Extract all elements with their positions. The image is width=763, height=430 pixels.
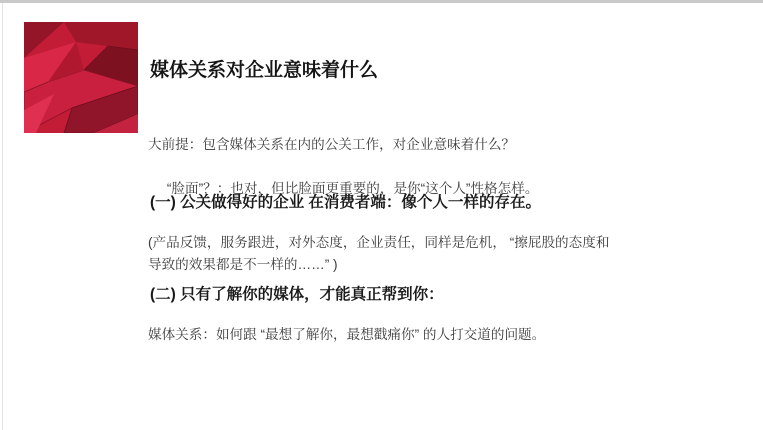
section-1-heading: (一) 公关做得好的企业 在消费者端：像个人一样的存在。 <box>150 193 622 213</box>
page-title: 媒体关系对企业意味着什么 <box>150 59 378 83</box>
section-2-heading: (二) 只有了解你的媒体，才能真正帮到你： <box>150 285 622 305</box>
article-page: 媒体关系对企业意味着什么 大前提：包含媒体关系在内的公关工作，对企业意味着什么？… <box>0 0 763 430</box>
section-2-body: 媒体关系：如何跟 “最想了解你，最想戳痛你” 的人打交道的问题。 <box>148 324 620 346</box>
premise-line-1: 大前提：包含媒体关系在内的公关工作，对企业意味着什么？ <box>148 137 515 152</box>
section-1-body: (产品反馈，服务跟进，对外态度，企业责任，同样是危机， “擦屁股的态度和导致的效… <box>148 232 620 275</box>
red-facet-image <box>24 22 138 133</box>
window-top-border <box>0 0 763 3</box>
page-edge-line <box>2 3 3 430</box>
